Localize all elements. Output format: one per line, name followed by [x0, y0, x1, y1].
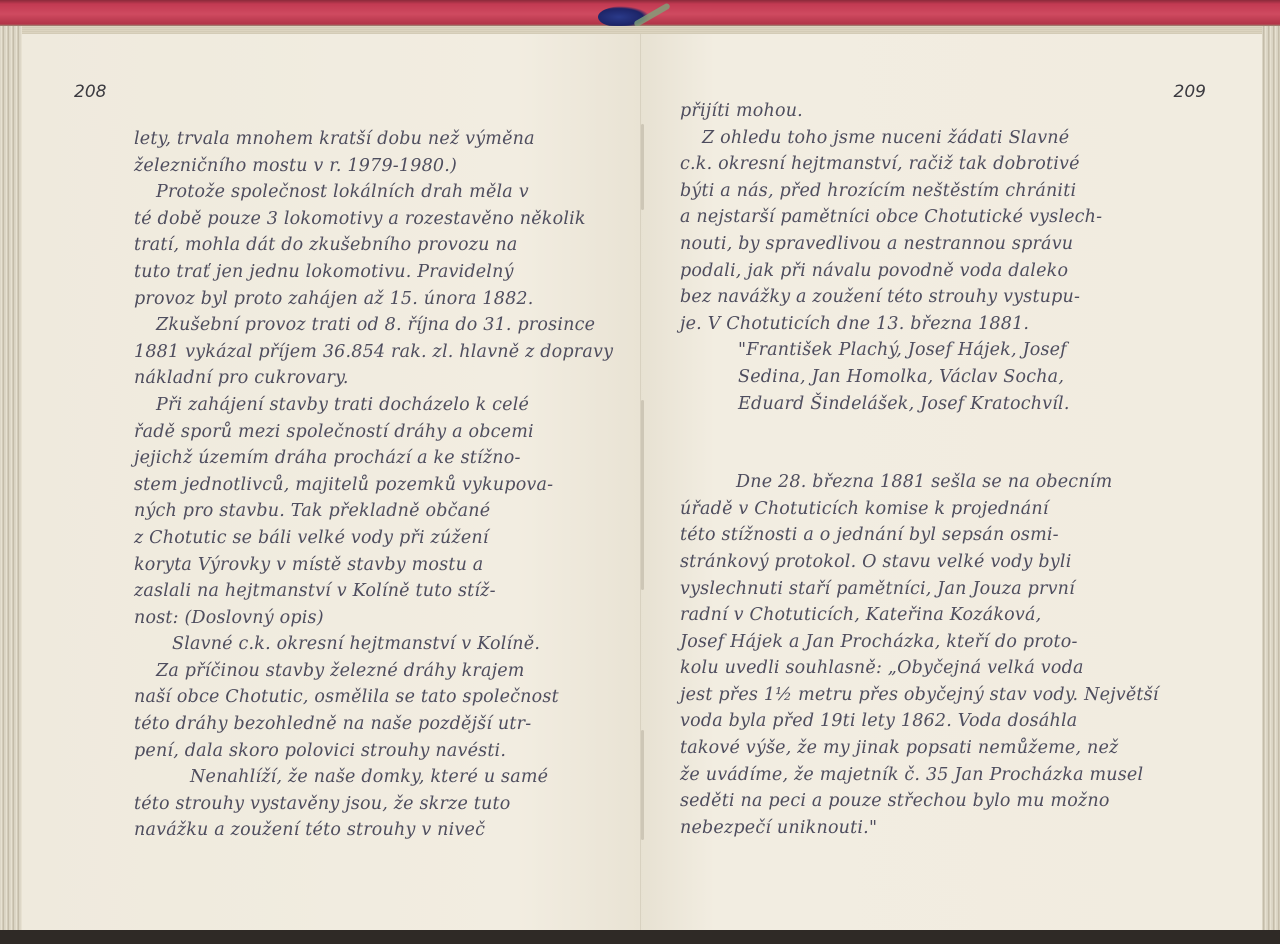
- left-page-number: 208: [74, 82, 106, 102]
- text-line: 1881 vykázal příjem 36.854 rak. zl. hlav…: [134, 339, 624, 366]
- text-line: Sedina, Jan Homolka, Václav Socha,: [680, 364, 1192, 391]
- text-line: podali, jak při návalu povodně voda dale…: [680, 258, 1192, 285]
- text-line: Protože společnost lokálních drah měla v: [134, 179, 624, 206]
- text-line: zaslali na hejtmanství v Kolíně tuto stí…: [134, 578, 624, 605]
- text-line: že uvádíme, že majetník č. 35 Jan Prochá…: [680, 762, 1192, 789]
- binding-stitch: [641, 400, 644, 590]
- text-line: naší obce Chotutic, osmělila se tato spo…: [134, 684, 624, 711]
- text-line: je. V Chotuticích dne 13. března 1881.: [680, 311, 1192, 338]
- text-line: seděti na peci a pouze střechou bylo mu …: [680, 788, 1192, 815]
- text-line: jejichž územím dráha prochází a ke stížn…: [134, 445, 624, 472]
- text-line: tratí, mohla dát do zkušebního provozu n…: [134, 232, 624, 259]
- text-line: navážku a zoužení této strouhy v niveč: [134, 817, 624, 844]
- book-spread: 208 lety, trvala mnohem kratší dobu než …: [22, 34, 1262, 930]
- binding-stitch: [641, 730, 644, 840]
- text-line: ných pro stavbu. Tak překladně občané: [134, 498, 624, 525]
- text-line: této dráhy bezohledně na naše pozdější u…: [134, 711, 624, 738]
- page-edges-left: [0, 26, 22, 934]
- text-line: Nenahlíží, že naše domky, které u samé: [134, 764, 624, 791]
- text-line: pení, dala skoro polovici strouhy navést…: [134, 738, 624, 765]
- text-line: nebezpečí uniknouti.": [680, 815, 1192, 842]
- text-line: z Chotutic se báli velké vody při zúžení: [134, 525, 624, 552]
- text-line: vyslechnuti staří pamětníci, Jan Jouza p…: [680, 576, 1192, 603]
- text-line: lety, trvala mnohem kratší dobu než výmě…: [134, 126, 624, 153]
- text-line: stem jednotlivců, majitelů pozemků vykup…: [134, 472, 624, 499]
- text-line: koryta Výrovky v místě stavby mostu a: [134, 552, 624, 579]
- text-line: stránkový protokol. O stavu velké vody b…: [680, 549, 1192, 576]
- text-line: provoz byl proto zahájen až 15. února 18…: [134, 286, 624, 313]
- text-line: Dne 28. března 1881 sešla se na obecním: [680, 469, 1192, 496]
- text-line: železničního mostu v r. 1979-1980.): [134, 153, 624, 180]
- text-line: této stížnosti a o jednání byl sepsán os…: [680, 522, 1192, 549]
- text-line: "František Plachý, Josef Hájek, Josef: [680, 337, 1192, 364]
- right-page: 209 přijíti mohou.Z ohledu toho jsme nuc…: [640, 34, 1262, 930]
- left-page-handwritten-text: lety, trvala mnohem kratší dobu než výmě…: [134, 126, 624, 844]
- text-line: Eduard Šindelášek, Josef Kratochvíl.: [680, 391, 1192, 418]
- text-line: tuto trať jen jednu lokomotivu. Pravidel…: [134, 259, 624, 286]
- left-page: 208 lety, trvala mnohem kratší dobu než …: [22, 34, 640, 930]
- text-line: nouti, by spravedlivou a nestrannou sprá…: [680, 231, 1192, 258]
- paragraph-gap: [680, 417, 1192, 469]
- text-line: a nejstarší pamětníci obce Chotutické vy…: [680, 204, 1192, 231]
- text-line: Zkušební provoz trati od 8. října do 31.…: [134, 312, 624, 339]
- text-line: řadě sporů mezi společností dráhy a obce…: [134, 419, 624, 446]
- text-line: té době pouze 3 lokomotivy a rozestavěno…: [134, 206, 624, 233]
- text-line: Za příčinou stavby železné dráhy krajem: [134, 658, 624, 685]
- page-edges-right: [1262, 26, 1280, 934]
- text-line: Slavné c.k. okresní hejtmanství v Kolíně…: [134, 631, 624, 658]
- text-line: nákladní pro cukrovary.: [134, 365, 624, 392]
- text-line: této strouhy vystavěny jsou, že skrze tu…: [134, 791, 624, 818]
- text-line: jest přes 1½ metru přes obyčejný stav vo…: [680, 682, 1192, 709]
- text-line: takové výše, že my jinak popsati nemůžem…: [680, 735, 1192, 762]
- text-line: nost: (Doslovný opis): [134, 605, 624, 632]
- text-line: Z ohledu toho jsme nuceni žádati Slavné: [680, 125, 1192, 152]
- text-line: úřadě v Chotuticích komise k projednání: [680, 496, 1192, 523]
- text-line: bez navážky a zoužení této strouhy vystu…: [680, 284, 1192, 311]
- text-line: c.k. okresní hejtmanství, račiž tak dobr…: [680, 151, 1192, 178]
- binding-stitch: [641, 124, 644, 210]
- table-surface: [0, 930, 1280, 944]
- page-edges-top: [0, 26, 1280, 34]
- text-line: kolu uvedli souhlasně: „Obyčejná velká v…: [680, 655, 1192, 682]
- text-line: radní v Chotuticích, Kateřina Kozáková,: [680, 602, 1192, 629]
- text-line: býti a nás, před hrozícím neštěstím chrá…: [680, 178, 1192, 205]
- text-line: přijíti mohou.: [680, 98, 1192, 125]
- text-line: voda byla před 19ti lety 1862. Voda dosá…: [680, 708, 1192, 735]
- text-line: Josef Hájek a Jan Procházka, kteří do pr…: [680, 629, 1192, 656]
- text-line: Při zahájení stavby trati docházelo k ce…: [134, 392, 624, 419]
- right-page-handwritten-text: přijíti mohou.Z ohledu toho jsme nuceni …: [680, 98, 1192, 841]
